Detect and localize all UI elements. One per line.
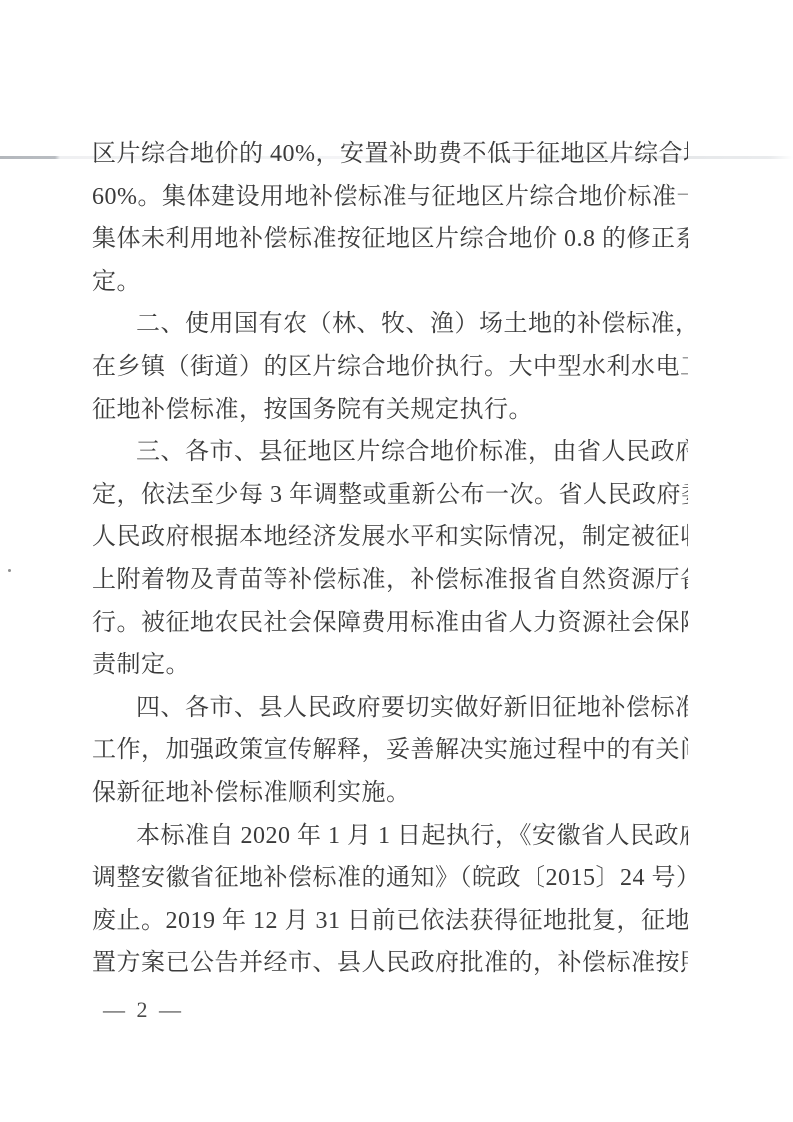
text-line: 上附着物及青苗等补偿标准，补偿标准报省自然资源厅备案后执	[92, 559, 688, 602]
document-body: 区片综合地价的 40%，安置补助费不低于征地区片综合地价的 60%。集体建设用地…	[92, 133, 688, 985]
text-line: 三、各市、县征地区片综合地价标准，由省人民政府统一制	[92, 431, 688, 474]
text-line: 定。	[92, 261, 688, 304]
text-line: 保新征地补偿标准顺利实施。	[92, 772, 688, 815]
text-line: 60%。集体建设用地补偿标准与征地区片综合地价标准一致，	[92, 176, 688, 219]
text-line: 在乡镇（街道）的区片综合地价执行。大中型水利水电工程建设	[92, 346, 688, 389]
text-line: 工作，加强政策宣传解释，妥善解决实施过程中的有关问题，确	[92, 729, 688, 772]
text-line: 区片综合地价的 40%，安置补助费不低于征地区片综合地价的	[92, 133, 688, 176]
text-line: 置方案已公告并经市、县人民政府批准的，补偿标准按照公告	[92, 942, 688, 985]
scan-artifact-dot	[8, 569, 11, 572]
page-number: — 2 —	[103, 997, 184, 1023]
paragraph-item-4: 四、各市、县人民政府要切实做好新旧征地补偿标准的衔接 工作，加强政策宣传解释，妥…	[92, 687, 688, 815]
text-line: 人民政府根据本地经济发展水平和实际情况，制定被征收土地地	[92, 516, 688, 559]
document-page: 区片综合地价的 40%，安置补助费不低于征地区片综合地价的 60%。集体建设用地…	[0, 0, 793, 1122]
text-line: 定，依法至少每 3 年调整或重新公布一次。省人民政府委托各市	[92, 474, 688, 517]
text-line: 本标准自 2020 年 1 月 1 日起执行，《安徽省人民政府关于	[92, 815, 688, 858]
text-line: 行。被征地农民社会保障费用标准由省人力资源社会保障部门负	[92, 602, 688, 645]
paragraph-continuation: 区片综合地价的 40%，安置补助费不低于征地区片综合地价的 60%。集体建设用地…	[92, 133, 688, 303]
text-line: 责制定。	[92, 644, 688, 687]
paragraph-item-3: 三、各市、县征地区片综合地价标准，由省人民政府统一制 定，依法至少每 3 年调整…	[92, 431, 688, 687]
text-line: 四、各市、县人民政府要切实做好新旧征地补偿标准的衔接	[92, 687, 688, 730]
text-line: 废止。2019 年 12 月 31 日前已依法获得征地批复，征地补偿安	[92, 900, 688, 943]
text-line: 调整安徽省征地补偿标准的通知》（皖政〔2015〕24 号）同步	[92, 857, 688, 900]
text-line: 征地补偿标准，按国务院有关规定执行。	[92, 389, 688, 432]
text-line: 集体未利用地补偿标准按征地区片综合地价 0.8 的修正系数确	[92, 218, 688, 261]
paragraph-item-2: 二、使用国有农（林、牧、渔）场土地的补偿标准，参照所 在乡镇（街道）的区片综合地…	[92, 303, 688, 431]
text-line: 二、使用国有农（林、牧、渔）场土地的补偿标准，参照所	[92, 303, 688, 346]
paragraph-effective-date: 本标准自 2020 年 1 月 1 日起执行，《安徽省人民政府关于 调整安徽省征…	[92, 815, 688, 985]
